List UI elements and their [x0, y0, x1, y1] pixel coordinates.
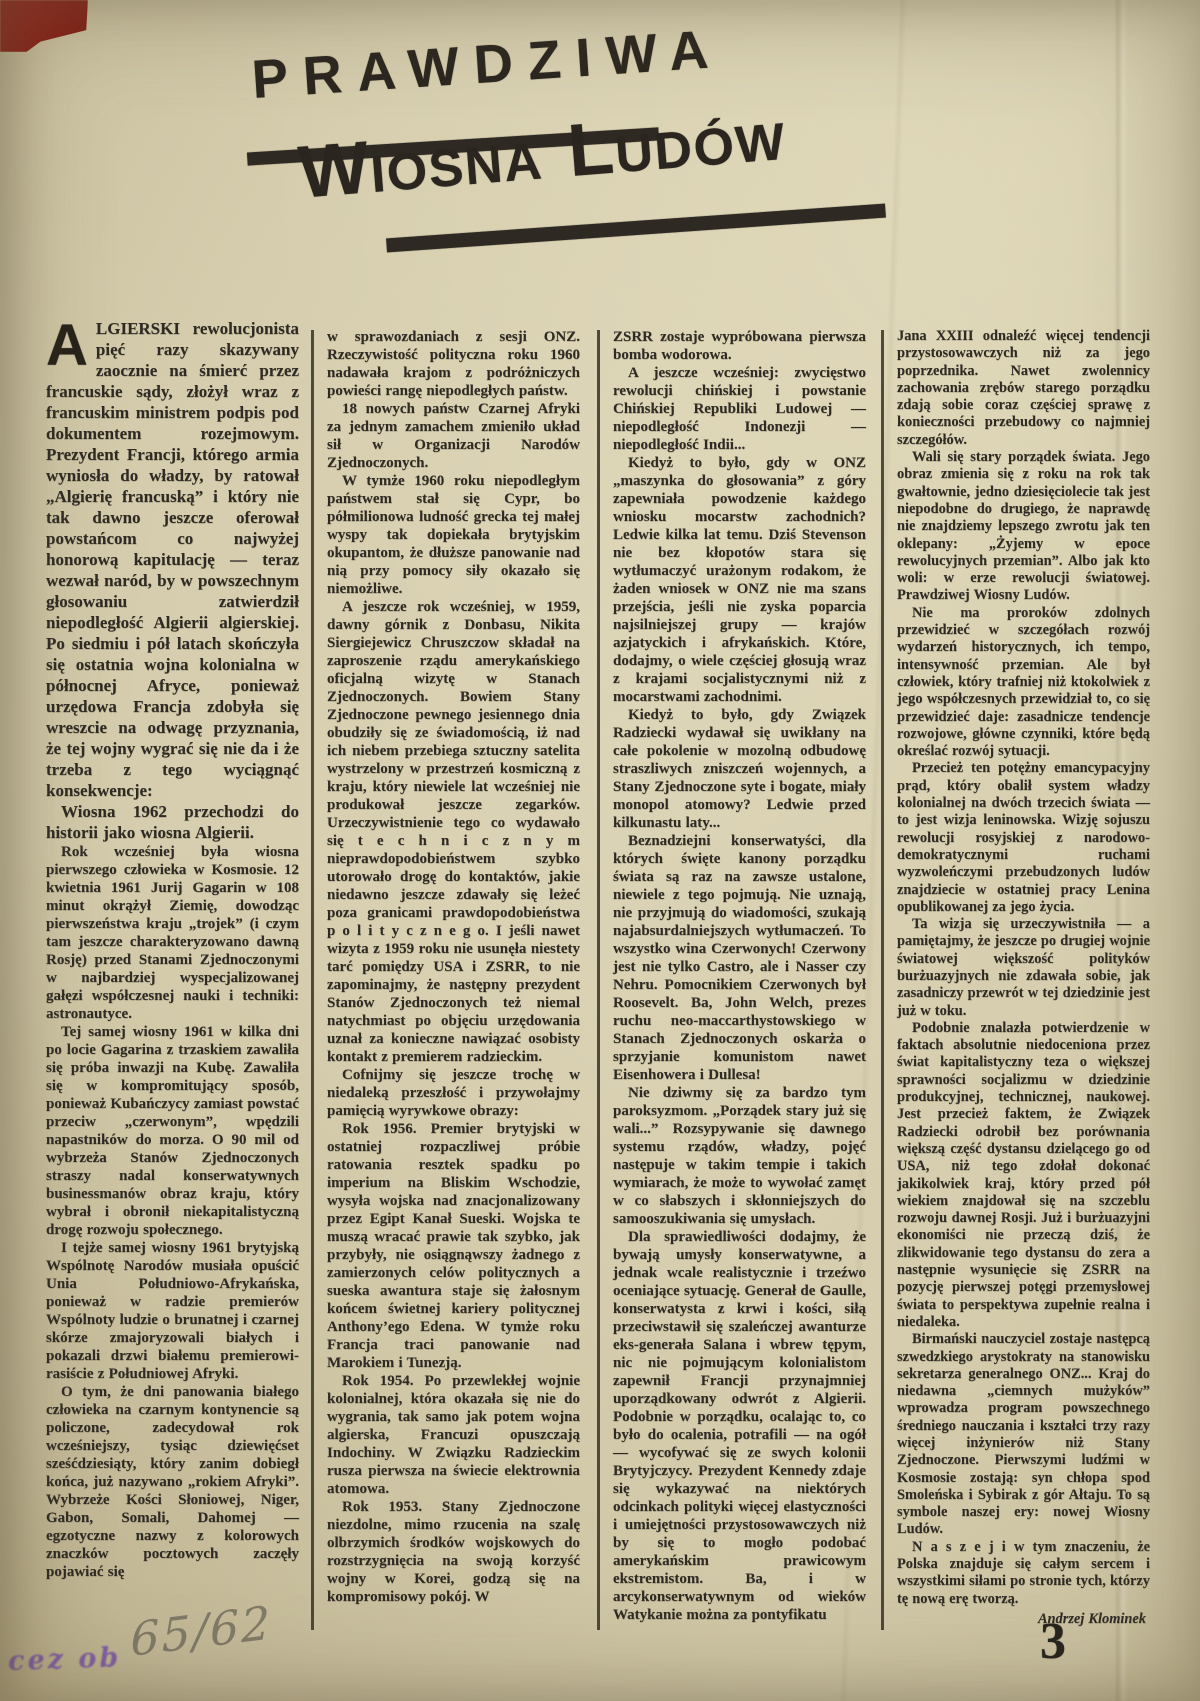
article-paragraph: Rok wcześniej była wiosna pierwszego czł… [46, 843, 299, 1023]
article-paragraph: ALGIERSKI rewolucjonista pięć razy skazy… [46, 318, 299, 801]
article-paragraph: Rok 1953. Stany Zjednoczone niezdolne, m… [327, 1498, 580, 1606]
library-stamp: cez ob [7, 1642, 121, 1677]
article-column-3: ZSRR zostaje wypróbowana pierwsza bomba … [613, 328, 866, 1624]
column-divider-1 [311, 330, 314, 1630]
title-word-iosna: IOSNA [369, 132, 546, 204]
article-paragraph: Kiedyż to było, gdy Związek Radziecki wy… [613, 706, 866, 832]
article-paragraph: ZSRR zostaje wypróbowana pierwsza bomba … [613, 328, 866, 364]
article-paragraph: Podobnie znalazła potwierdzenie w faktac… [897, 1020, 1150, 1331]
page-title-line-1: PRAWDZIWA [250, 22, 725, 107]
article-paragraph: I tejże samej wiosny 1961 brytyjską Wspó… [46, 1239, 299, 1383]
article-column-4: Jana XXIII odnaleźć więcej tendencji prz… [897, 328, 1150, 1628]
article-paragraph: Cofnijmy się jeszcze trochę w niedaleką … [327, 1066, 580, 1120]
article-column-2: w sprawozdaniach z sesji ONZ. Rzeczywist… [327, 328, 580, 1606]
article-paragraph: Birmański nauczyciel zostaje następcą sz… [897, 1331, 1150, 1539]
title-underline-2 [386, 204, 886, 253]
byline: Andrzej Klominek [897, 1611, 1150, 1628]
title-word-gap [544, 176, 570, 178]
article-paragraph: Rok 1956. Premier brytyjski w ostatniej … [327, 1120, 580, 1372]
drop-cap-letter: A [46, 318, 96, 369]
newspaper-page: PRAWDZIWA WIOSNALUDÓW ALGIERSKI rewolucj… [0, 0, 1200, 1701]
article-paragraph: Beznadziejni konserwatyści, dla których … [613, 832, 866, 1084]
article-paragraph: Rok 1954. Po przewlekłej wojnie kolonial… [327, 1372, 580, 1498]
article-paragraph: Jana XXIII odnaleźć więcej tendencji prz… [897, 328, 1150, 449]
paragraph-text: LGIERSKI rewolucjonista pięć razy skazyw… [46, 319, 299, 800]
page-number: 3 [1040, 1612, 1066, 1671]
article-paragraph: Ta wizja się urzeczywistniła — a pamięta… [897, 916, 1150, 1020]
title-initial-w: W [296, 125, 374, 213]
article-paragraph: Wali się stary porządek świata. Jego obr… [897, 449, 1150, 605]
article-paragraph: A jeszcze rok wcześniej, w 1959, dawny g… [327, 598, 580, 1066]
article-paragraph: Nie ma proroków zdolnych przewidzieć w s… [897, 605, 1150, 761]
article-paragraph: Przecież ten potężny emancypacyjny prąd,… [897, 760, 1150, 916]
page-title-line-2: WIOSNALUDÓW [296, 97, 788, 210]
article-paragraph: 18 nowych państw Czarnej Afryki za jedny… [327, 400, 580, 472]
article-paragraph: Tej samej wiosny 1961 w kilka dni po loc… [46, 1023, 299, 1239]
article-paragraph: A jeszcze wcześniej: zwycięstwo rewolucj… [613, 364, 866, 454]
title-initial-l: L [565, 106, 618, 192]
article-paragraph: W tymże 1960 roku niepodległym państwem … [327, 472, 580, 598]
title-word-udow: UDÓW [613, 113, 788, 185]
column-divider-2 [597, 330, 600, 1630]
article-paragraph: Nie dziwmy się za bardzo tym paroksyzmom… [613, 1084, 866, 1228]
article-column-1: ALGIERSKI rewolucjonista pięć razy skazy… [46, 318, 299, 1581]
article-paragraph: Wiosna 1962 przechodzi do historii jako … [46, 801, 299, 843]
handwritten-mark: 65/62 [130, 1595, 272, 1667]
article-paragraph: Kiedyż to było, gdy w ONZ „maszynka do g… [613, 454, 866, 706]
column-divider-3 [881, 330, 884, 1630]
article-paragraph: Dla sprawiedliwości dodajmy, że bywają u… [613, 1228, 866, 1624]
article-paragraph: N a s z e j i w tym znaczeniu, że Polska… [897, 1539, 1150, 1608]
article-paragraph: w sprawozdaniach z sesji ONZ. Rzeczywist… [327, 328, 580, 400]
article-paragraph: O tym, że dni panowania białego człowiek… [46, 1383, 299, 1581]
red-ink-corner-mark [0, 0, 88, 52]
